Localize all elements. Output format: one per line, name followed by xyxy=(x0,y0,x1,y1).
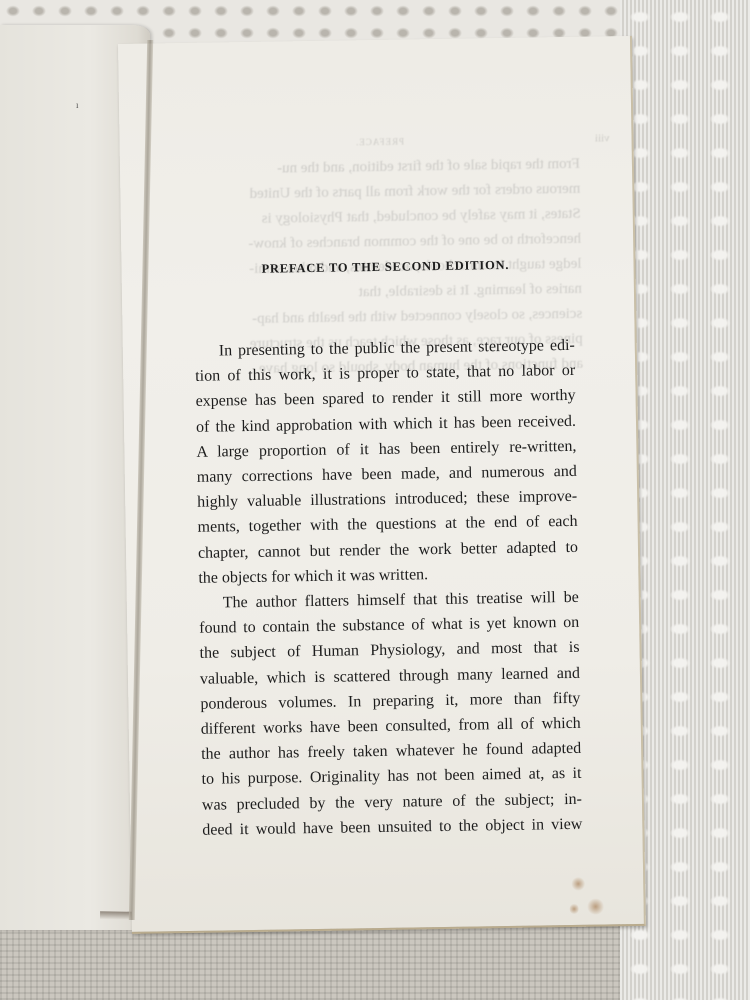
text-line: deed it would have been unsuited to the … xyxy=(202,812,582,843)
preface-body: In presenting to the public the present … xyxy=(195,333,583,843)
page-number-reversed: viii xyxy=(595,126,610,151)
ink-speck: ı xyxy=(76,100,79,110)
foxing-stain xyxy=(586,898,604,914)
foxing-stain xyxy=(571,877,585,891)
right-page: PREFACE. viii From the rapid sale of the… xyxy=(118,36,646,934)
foxing-stain xyxy=(570,903,579,915)
